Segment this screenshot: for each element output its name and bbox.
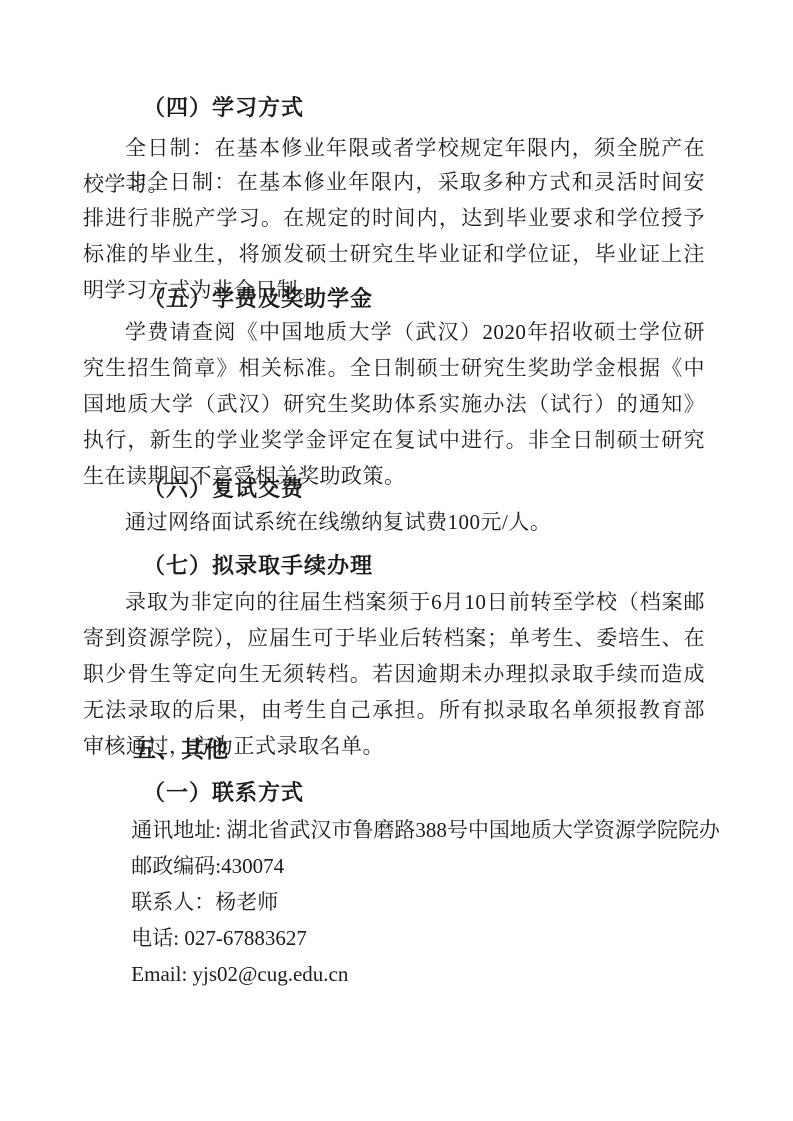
paragraph-retest-fee: 通过网络面试系统在线缴纳复试费100元/人。 [83, 504, 705, 540]
contact-line-postcode: 邮政编码:430074 [83, 848, 705, 884]
section-heading-admission-procedure: （七）拟录取手续办理 [83, 553, 765, 579]
section-heading-tuition-scholarship: （五）学费及奖助学金 [83, 286, 765, 312]
contact-line-address: 通讯地址: 湖北省武汉市鲁磨路388号中国地质大学资源学院院办 [83, 812, 705, 848]
paragraph-tuition-scholarship: 学费请查阅《中国地质大学（武汉）2020年招收硕士学位研究生招生简章》相关标准。… [83, 314, 705, 494]
section-heading-learning-mode: （四）学习方式 [83, 95, 765, 121]
contact-line-phone: 电话: 027-67883627 [83, 920, 705, 956]
section-heading-contact-info: （一）联系方式 [83, 780, 765, 806]
contact-line-person: 联系人：杨老师 [83, 884, 705, 920]
contact-info-list: 通讯地址: 湖北省武汉市鲁磨路388号中国地质大学资源学院院办 邮政编码:430… [83, 812, 705, 992]
contact-line-email: Email: yjs02@cug.edu.cn [83, 956, 705, 992]
section-heading-retest-fee: （六）复试交费 [83, 476, 765, 502]
chapter-heading-other: 五、其他 [83, 736, 755, 762]
document-page: （四）学习方式 全日制：在基本修业年限或者学校规定年限内，须全脱产在校学习。 非… [0, 0, 793, 1121]
